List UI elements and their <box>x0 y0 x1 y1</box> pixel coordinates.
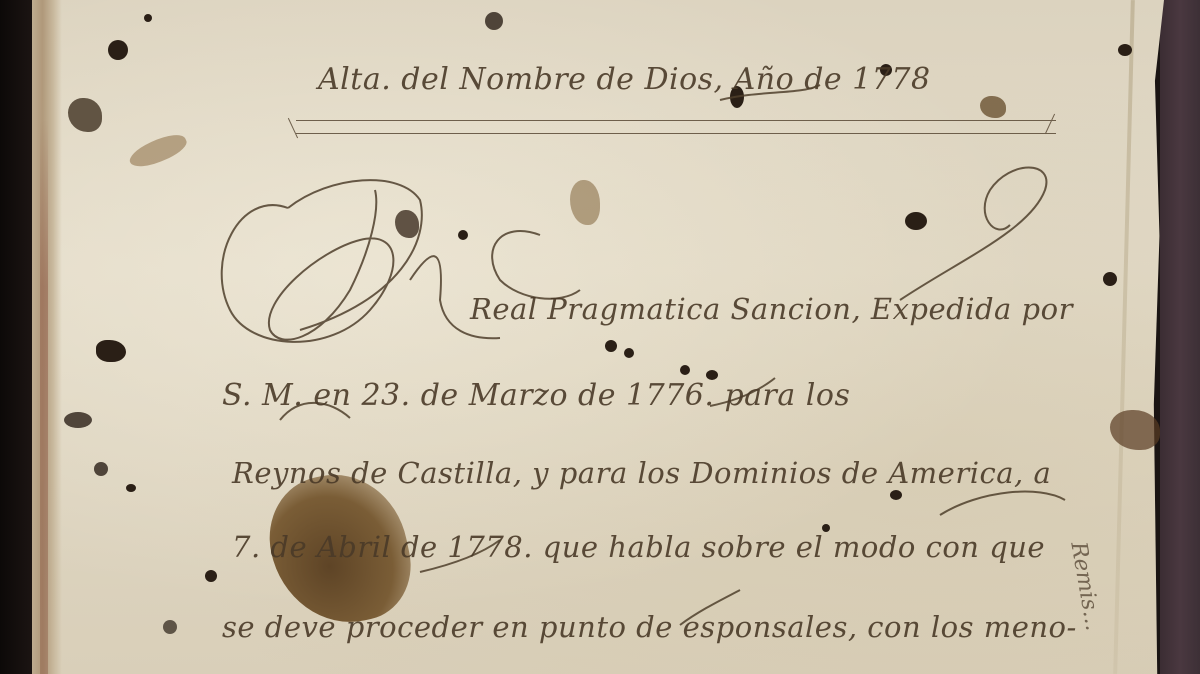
manuscript-line-4: 7. de Abril de 1778. que habla sobre el … <box>232 530 1045 564</box>
manuscript-line-2: S. M. en 23. de Marzo de 1776. para los <box>222 378 850 413</box>
manuscript-line-3: Reynos de Castilla, y para los Dominios … <box>232 456 1051 490</box>
monogram-flourish <box>0 0 1200 674</box>
manuscript-line-1: Real Pragmatica Sancion, Expedida por <box>470 292 1073 326</box>
manuscript-line-5: se deve proceder en punto de esponsales,… <box>222 610 1077 644</box>
